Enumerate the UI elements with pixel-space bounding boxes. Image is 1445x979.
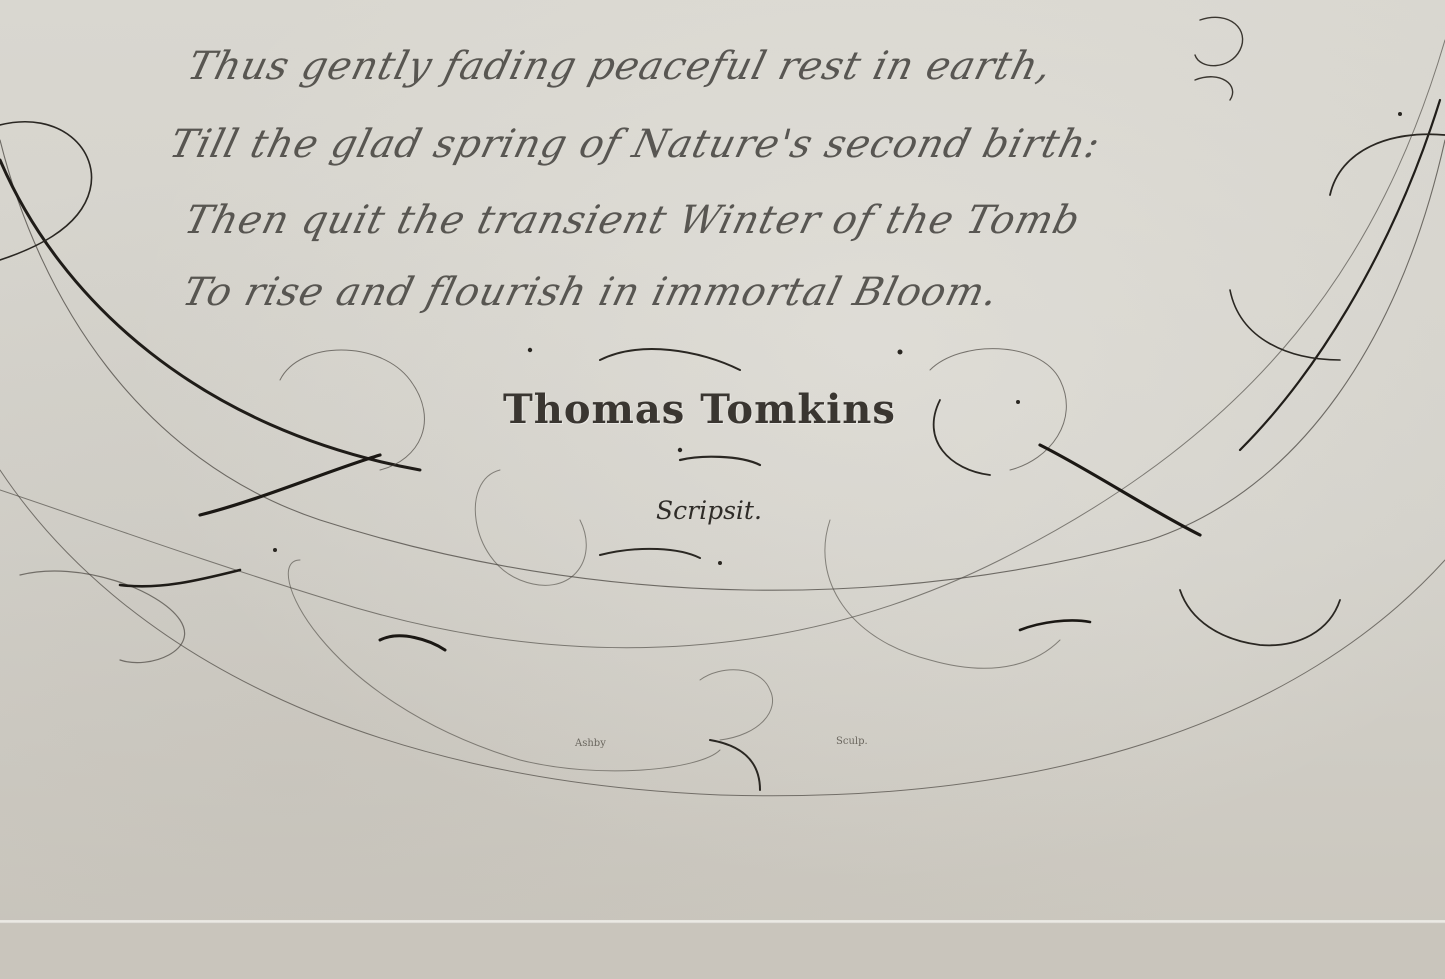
signature-name: Thomas Tomkins (503, 386, 896, 433)
signature-note: Scripsit. (656, 496, 762, 525)
poem-line-3: Then quit the transient Winter of the To… (180, 198, 1085, 243)
engraver-credit: Ashby (575, 738, 606, 749)
poem-line-2: Till the glad spring of Nature's second … (165, 122, 1105, 167)
poem-line-1: Thus gently fading peaceful rest in eart… (183, 44, 1057, 89)
engraver-note: Sculp. (836, 736, 868, 747)
paper-margin (0, 924, 1445, 979)
poem-line-4: To rise and flourish in immortal Bloom. (178, 270, 1003, 315)
